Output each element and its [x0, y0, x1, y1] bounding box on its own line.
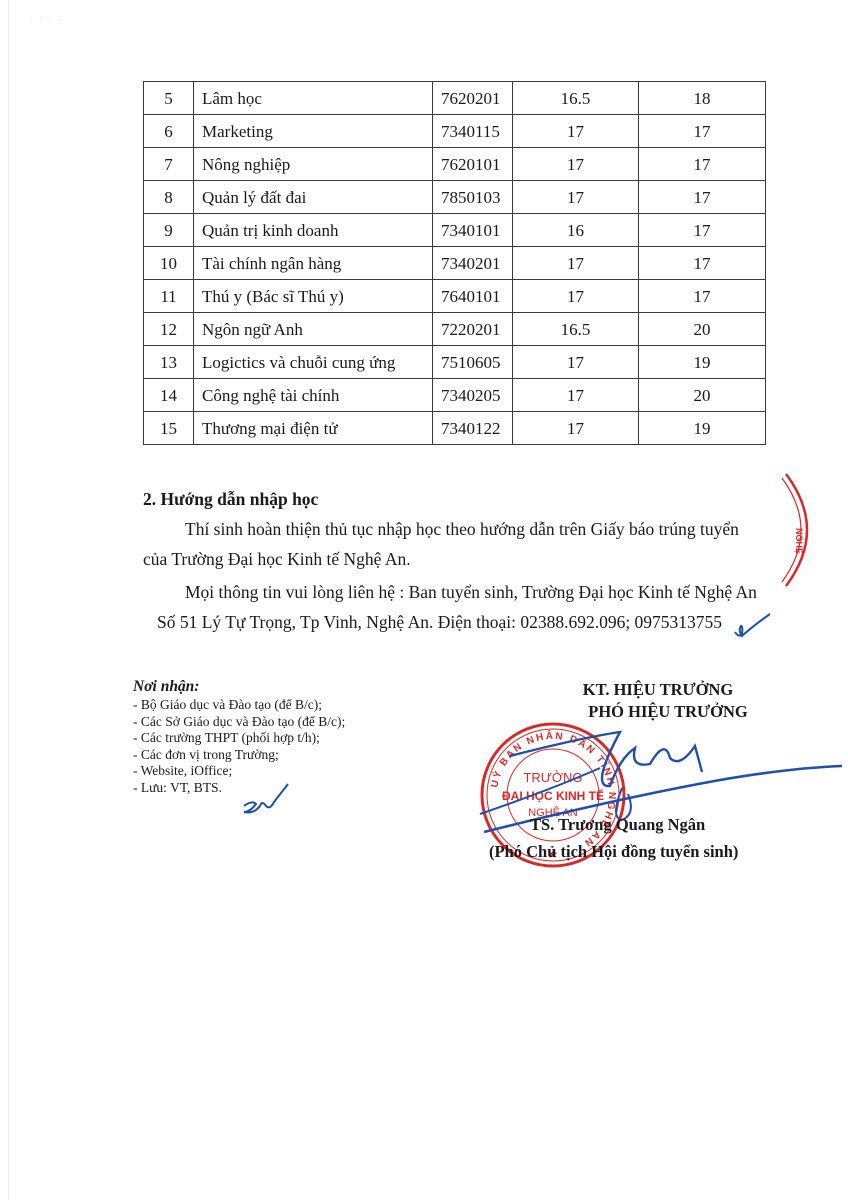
score-1-cell: 17 [513, 148, 639, 181]
signature-block: KT. HIỆU TRƯỞNG PHÓ HIỆU TRƯỞNG [470, 680, 790, 722]
paragraph: Mọi thông tin vui lòng liên hệ : Ban tuy… [185, 582, 757, 603]
table-row: 10Tài chính ngân hàng73402011717 [144, 247, 766, 280]
signer-role: (Phó Chủ tịch Hội đồng tuyển sinh) [489, 842, 738, 862]
major-name-cell: Tài chính ngân hàng [194, 247, 433, 280]
row-number-cell: 12 [144, 313, 194, 346]
paragraph: Thí sinh hoàn thiện thủ tục nhập học the… [185, 519, 739, 540]
row-number-cell: 7 [144, 148, 194, 181]
score-2-cell: 20 [639, 379, 766, 412]
score-2-cell: 19 [639, 412, 766, 445]
score-2-cell: 17 [639, 247, 766, 280]
score-2-cell: 17 [639, 280, 766, 313]
table-row: 9 Quản trị kinh doanh73401011617 [144, 214, 766, 247]
admission-scores-table: 5Lâm học762020116.5186Marketing734011517… [143, 81, 766, 445]
score-1-cell: 17 [513, 412, 639, 445]
recipient-item: - Các trường THPT (phối hợp t/h); [133, 730, 345, 747]
scan-specks: · ˙ · · [30, 18, 64, 24]
major-code-cell: 7640101 [433, 280, 513, 313]
major-name-cell: Công nghệ tài chính [194, 379, 433, 412]
table-row: 8Quản lý đất đai78501031717 [144, 181, 766, 214]
score-1-cell: 17 [513, 181, 639, 214]
score-1-cell: 17 [513, 247, 639, 280]
row-number-cell: 13 [144, 346, 194, 379]
major-code-cell: 7340101 [433, 214, 513, 247]
score-1-cell: 17 [513, 379, 639, 412]
row-number-cell: 14 [144, 379, 194, 412]
major-code-cell: 7220201 [433, 313, 513, 346]
score-2-cell: 17 [639, 115, 766, 148]
score-1-cell: 16.5 [513, 313, 639, 346]
recipients-title: Nơi nhận: [133, 678, 345, 696]
table-row: 13Logictics và chuỗi cung ứng75106051719 [144, 346, 766, 379]
score-2-cell: 17 [639, 148, 766, 181]
signer-title: PHÓ HIỆU TRƯỞNG [546, 702, 790, 722]
major-code-cell: 7510605 [433, 346, 513, 379]
major-code-cell: 7850103 [433, 181, 513, 214]
row-number-cell: 15 [144, 412, 194, 445]
recipient-item: - Các đơn vị trong Trường; [133, 747, 345, 764]
major-code-cell: 7340115 [433, 115, 513, 148]
score-2-cell: 17 [639, 214, 766, 247]
handwritten-tick-icon [733, 612, 773, 640]
scan-edge [8, 0, 9, 1200]
major-name-cell: Quản trị kinh doanh [194, 214, 433, 247]
table-row: 15Thương mại điện tử73401221719 [144, 412, 766, 445]
score-2-cell: 17 [639, 181, 766, 214]
table-row: 7Nông nghiệp76201011717 [144, 148, 766, 181]
table-row: 14Công nghệ tài chính73402051720 [144, 379, 766, 412]
row-number-cell: 11 [144, 280, 194, 313]
score-2-cell: 18 [639, 82, 766, 115]
major-name-cell: Lâm học [194, 82, 433, 115]
recipient-item: - Bộ Giáo dục và Đào tạo (để B/c); [133, 697, 345, 714]
row-number-cell: 5 [144, 82, 194, 115]
paragraph: của Trường Đại học Kinh tế Nghệ An. [143, 549, 411, 570]
score-1-cell: 17 [513, 346, 639, 379]
major-name-cell: Thương mại điện tử [194, 412, 433, 445]
svg-text:NGHỆ: NGHỆ [794, 528, 805, 554]
major-code-cell: 7620201 [433, 82, 513, 115]
recipient-item: - Các Sở Giáo dục và Đào tạo (để B/c); [133, 714, 345, 731]
major-name-cell: Quản lý đất đai [194, 181, 433, 214]
initials-signature-icon [240, 778, 290, 818]
score-2-cell: 19 [639, 346, 766, 379]
major-code-cell: 7340205 [433, 379, 513, 412]
section-title: 2. Hướng dẫn nhập học [143, 489, 318, 510]
table-row: 12Ngôn ngữ Anh722020116.520 [144, 313, 766, 346]
row-number-cell: 6 [144, 115, 194, 148]
major-code-cell: 7340122 [433, 412, 513, 445]
major-name-cell: Nông nghiệp [194, 148, 433, 181]
score-1-cell: 16 [513, 214, 639, 247]
row-number-cell: 10 [144, 247, 194, 280]
row-number-cell: 9 [144, 214, 194, 247]
major-name-cell: Ngôn ngữ Anh [194, 313, 433, 346]
major-name-cell: Logictics và chuỗi cung ứng [194, 346, 433, 379]
major-name-cell: Thú y (Bác sĩ Thú y) [194, 280, 433, 313]
table-row: 11Thú y (Bác sĩ Thú y)76401011717 [144, 280, 766, 313]
score-2-cell: 20 [639, 313, 766, 346]
table-row: 5Lâm học762020116.518 [144, 82, 766, 115]
row-number-cell: 8 [144, 181, 194, 214]
major-code-cell: 7340201 [433, 247, 513, 280]
score-1-cell: 17 [513, 280, 639, 313]
major-name-cell: Marketing [194, 115, 433, 148]
signer-name: TS. Trương Quang Ngân [530, 815, 705, 835]
contact-paragraph: Số 51 Lý Tự Trọng, Tp Vinh, Nghệ An. Điệ… [157, 612, 722, 633]
score-1-cell: 16.5 [513, 82, 639, 115]
major-code-cell: 7620101 [433, 148, 513, 181]
table-row: 6Marketing73401151717 [144, 115, 766, 148]
signer-authority: KT. HIỆU TRƯỞNG [526, 680, 790, 700]
score-1-cell: 17 [513, 115, 639, 148]
side-stamp-icon: NGHỆ [780, 470, 830, 590]
